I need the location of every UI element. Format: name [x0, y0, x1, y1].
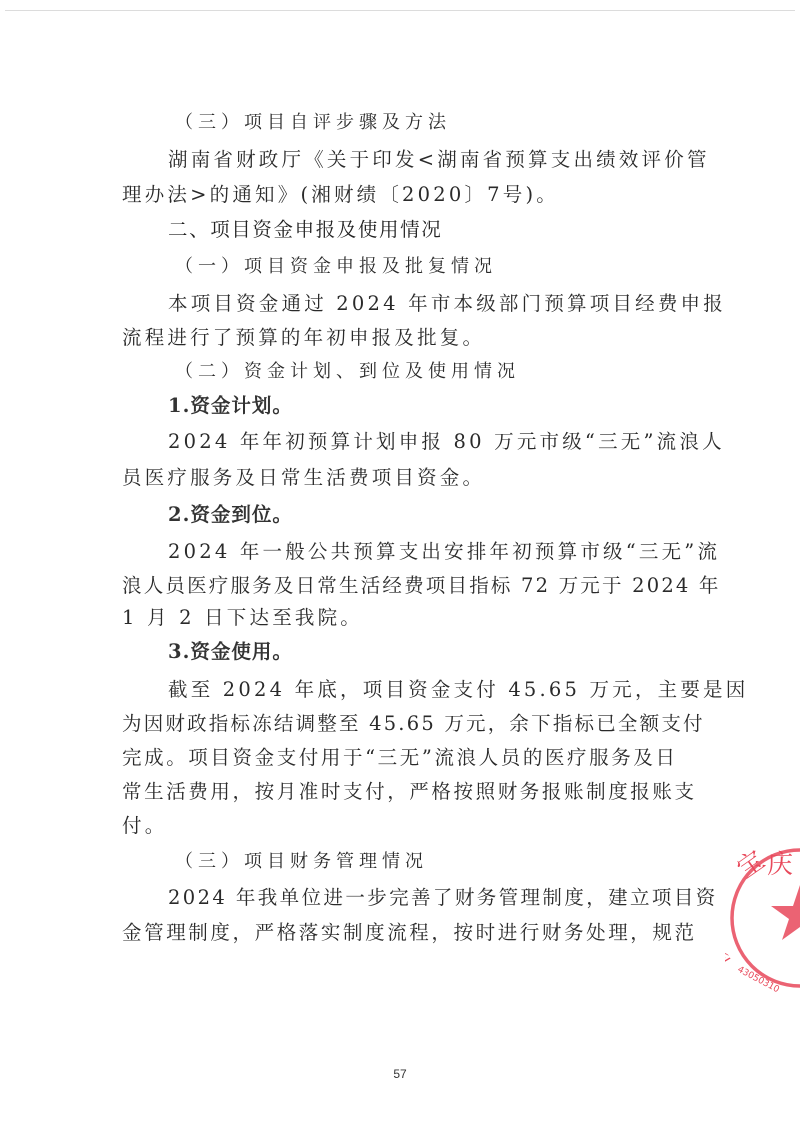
paragraph-line: 付。: [122, 814, 692, 838]
star-icon: [771, 885, 800, 940]
paragraph-line: 理办法>的通知》(湘财绩〔2020〕7号)。: [122, 183, 692, 207]
subheading-financial-management: （三）项目财务管理情况: [175, 850, 745, 874]
paragraph-line: 为因财政指标冻结调整至 45.65 万元，余下指标已全额支付: [122, 712, 692, 736]
svg-text:43050310: 43050310: [736, 965, 781, 993]
paragraph-line: 浪人员医疗服务及日常生活经费项目指标 72 万元于 2024 年: [122, 574, 692, 598]
item-heading-fund-arrival: 2.资金到位。: [168, 503, 738, 527]
paragraph-line: 流程进行了预算的年初申报及批复。: [122, 326, 692, 350]
subheading-application: （一）项目资金申报及批复情况: [175, 255, 745, 279]
item-heading-fund-usage: 3.资金使用。: [168, 640, 738, 664]
section-heading-funds: 二、项目资金申报及使用情况: [168, 218, 738, 242]
item-heading-fund-plan: 1.资金计划。: [168, 394, 738, 418]
paragraph-line: 2024 年我单位进一步完善了财务管理制度，建立项目资: [168, 886, 738, 910]
paragraph-line: 金管理制度，严格落实制度流程，按时进行财务处理，规范: [122, 921, 692, 945]
svg-text:中: 中: [725, 923, 728, 943]
svg-text:院: 院: [725, 939, 735, 971]
official-seal-stamp: 宝 庆 三 中 院 43050310: [725, 843, 800, 993]
paragraph-line: 员医疗服务及日常生活费项目资金。: [122, 466, 692, 490]
top-rule: [5, 10, 795, 11]
paragraph-line: 2024 年年初预算计划申报 80 万元市级“三无”流浪人: [168, 430, 738, 454]
paragraph-line: 本项目资金通过 2024 年市本级部门预算项目经费申报: [168, 292, 738, 316]
svg-text:宝: 宝: [732, 845, 771, 884]
paragraph-line: 完成。项目资金支付用于“三无”流浪人员的医疗服务及日: [122, 746, 692, 770]
subheading-plan-arrival-usage: （二）资金计划、到位及使用情况: [175, 360, 745, 384]
paragraph-line: 湖南省财政厅《关于印发<湖南省预算支出绩效评价管: [168, 148, 738, 172]
heading-self-evaluation-method: （三）项目自评步骤及方法: [175, 111, 745, 135]
paragraph-line: 截至 2024 年底，项目资金支付 45.65 万元，主要是因: [168, 678, 738, 702]
paragraph-line: 1 月 2 日下达至我院。: [122, 606, 692, 630]
svg-text:三: 三: [725, 898, 728, 918]
paragraph-line: 2024 年一般公共预算支出安排年初预算市级“三无”流: [168, 540, 738, 564]
paragraph-line: 常生活费用，按月准时支付，严格按照财务报账制度报账支: [122, 780, 692, 804]
page-number: 57: [0, 1067, 800, 1081]
svg-text:庆: 庆: [767, 850, 793, 880]
